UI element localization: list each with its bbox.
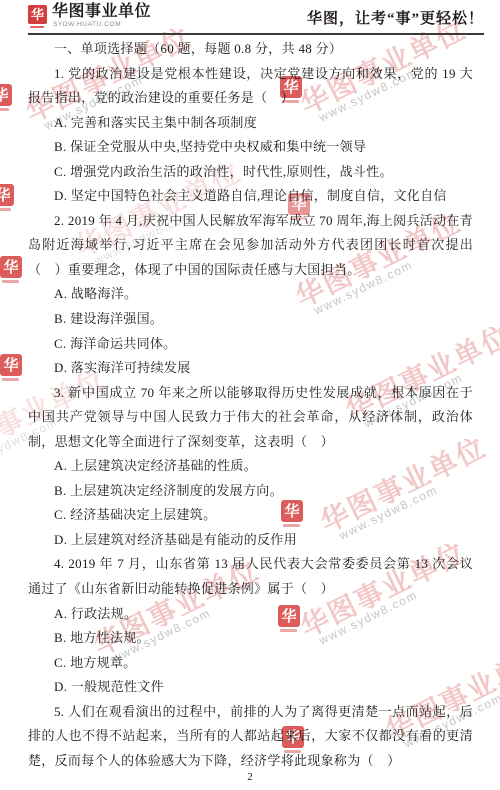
stamp-glyph: 华 bbox=[3, 260, 18, 275]
huatu-stamp-icon: 华 bbox=[0, 184, 18, 211]
option-b: B. 建设海洋强国。 bbox=[28, 307, 473, 332]
option-b: B. 地方性法规。 bbox=[28, 626, 473, 651]
question-stem: 4. 2019 年 7 月，山东省第 13 届人民代表大会常委委员会第 13 次… bbox=[28, 552, 473, 601]
header-slogan: 华图，让考“事”更轻松！ bbox=[307, 12, 484, 27]
stamp-subtext-bar bbox=[2, 280, 19, 283]
stamp-subtext-bar bbox=[2, 378, 19, 381]
option-a: A. 上层建筑决定经济基础的性质。 bbox=[28, 454, 473, 479]
question-stem: 5. 人们在观看演出的过程中，前排的人为了离得更清楚一点而站起，后排的人也不得不… bbox=[28, 700, 473, 774]
logo-domain-text: SYDW.HUATU.COM bbox=[53, 21, 151, 29]
question-stem: 3. 新中国成立 70 年来之所以能够取得历史性发展成就，根本原因在于中国共产党… bbox=[28, 381, 473, 455]
option-d: D. 坚定中国特色社会主义道路自信,理论自信，制度自信，文化自信 bbox=[28, 184, 473, 209]
logo-glyph: 华 bbox=[31, 8, 44, 21]
page-number: 2 bbox=[247, 771, 253, 783]
question-3: 3. 新中国成立 70 年来之所以能够取得历史性发展成就，根本原因在于中国共产党… bbox=[28, 381, 473, 553]
huatu-stamp-icon: 华 bbox=[0, 84, 16, 111]
huatu-stamp-icon: 华 bbox=[0, 256, 26, 283]
stamp-subtext-bar bbox=[0, 108, 9, 111]
stamp-subtext-bar bbox=[0, 208, 11, 211]
option-c: C. 增强党内政治生活的政治性，时代性,原则性，战斗性。 bbox=[28, 160, 473, 185]
question-stem: 1. 党的政治建设是党根本性建设，决定党建设方向和效果，党的 19 大报告指出，… bbox=[28, 62, 473, 111]
option-a: A. 完善和落实民主集中制各项制度 bbox=[28, 111, 473, 136]
option-a: A. 战略海洋。 bbox=[28, 282, 473, 307]
option-d: D. 一般规范性文件 bbox=[28, 675, 473, 700]
page-footer: 2 bbox=[0, 771, 500, 783]
option-d: D. 落实海洋可持续发展 bbox=[28, 356, 473, 381]
huatu-logo: 华 华图事业单位 SYDW.HUATU.COM bbox=[28, 3, 151, 28]
option-d: D. 上层建筑对经济基础是有能动的反作用 bbox=[28, 528, 473, 553]
option-c: C. 海洋命运共同体。 bbox=[28, 332, 473, 357]
logo-brand-text: 华图事业单位 bbox=[52, 3, 151, 21]
option-c: C. 经济基础决定上层建筑。 bbox=[28, 503, 473, 528]
section-title: 一、单项选择题（60 题，每题 0.8 分，共 48 分） bbox=[28, 37, 473, 62]
option-a: A. 行政法规。 bbox=[28, 602, 473, 627]
question-2: 2. 2019 年 4 月,庆祝中国人民解放军海军成立 70 周年,海上阅兵活动… bbox=[28, 209, 473, 381]
header-divider bbox=[28, 33, 484, 35]
huatu-logo-icon: 华 bbox=[28, 5, 47, 24]
question-stem: 2. 2019 年 4 月,庆祝中国人民解放军海军成立 70 周年,海上阅兵活动… bbox=[28, 209, 473, 283]
question-4: 4. 2019 年 7 月，山东省第 13 届人民代表大会常委委员会第 13 次… bbox=[28, 552, 473, 699]
question-1: 1. 党的政治建设是党根本性建设，决定党建设方向和效果，党的 19 大报告指出，… bbox=[28, 62, 473, 209]
huatu-stamp-icon: 华 bbox=[0, 354, 26, 381]
option-b: B. 保证全党服从中央,坚持党中央权威和集中统一领导 bbox=[28, 135, 473, 160]
option-b: B. 上层建筑决定经济制度的发展方向。 bbox=[28, 479, 473, 504]
exam-content: 一、单项选择题（60 题，每题 0.8 分，共 48 分） 1. 党的政治建设是… bbox=[28, 37, 473, 773]
stamp-glyph: 华 bbox=[0, 88, 9, 103]
page-header: 华 华图事业单位 SYDW.HUATU.COM 华图，让考“事”更轻松！ bbox=[28, 3, 484, 33]
stamp-glyph: 华 bbox=[0, 188, 11, 203]
exam-page: 华 华 华 华 华 华 华 华 华 华图事业单位www.sydw8.com 华图… bbox=[0, 0, 500, 790]
logo-text-block: 华图事业单位 SYDW.HUATU.COM bbox=[52, 3, 151, 28]
logo-subtext-bar bbox=[30, 26, 44, 29]
stamp-glyph: 华 bbox=[3, 358, 18, 373]
option-c: C. 地方规章。 bbox=[28, 651, 473, 676]
question-5: 5. 人们在观看演出的过程中，前排的人为了离得更清楚一点而站起，后排的人也不得不… bbox=[28, 700, 473, 774]
